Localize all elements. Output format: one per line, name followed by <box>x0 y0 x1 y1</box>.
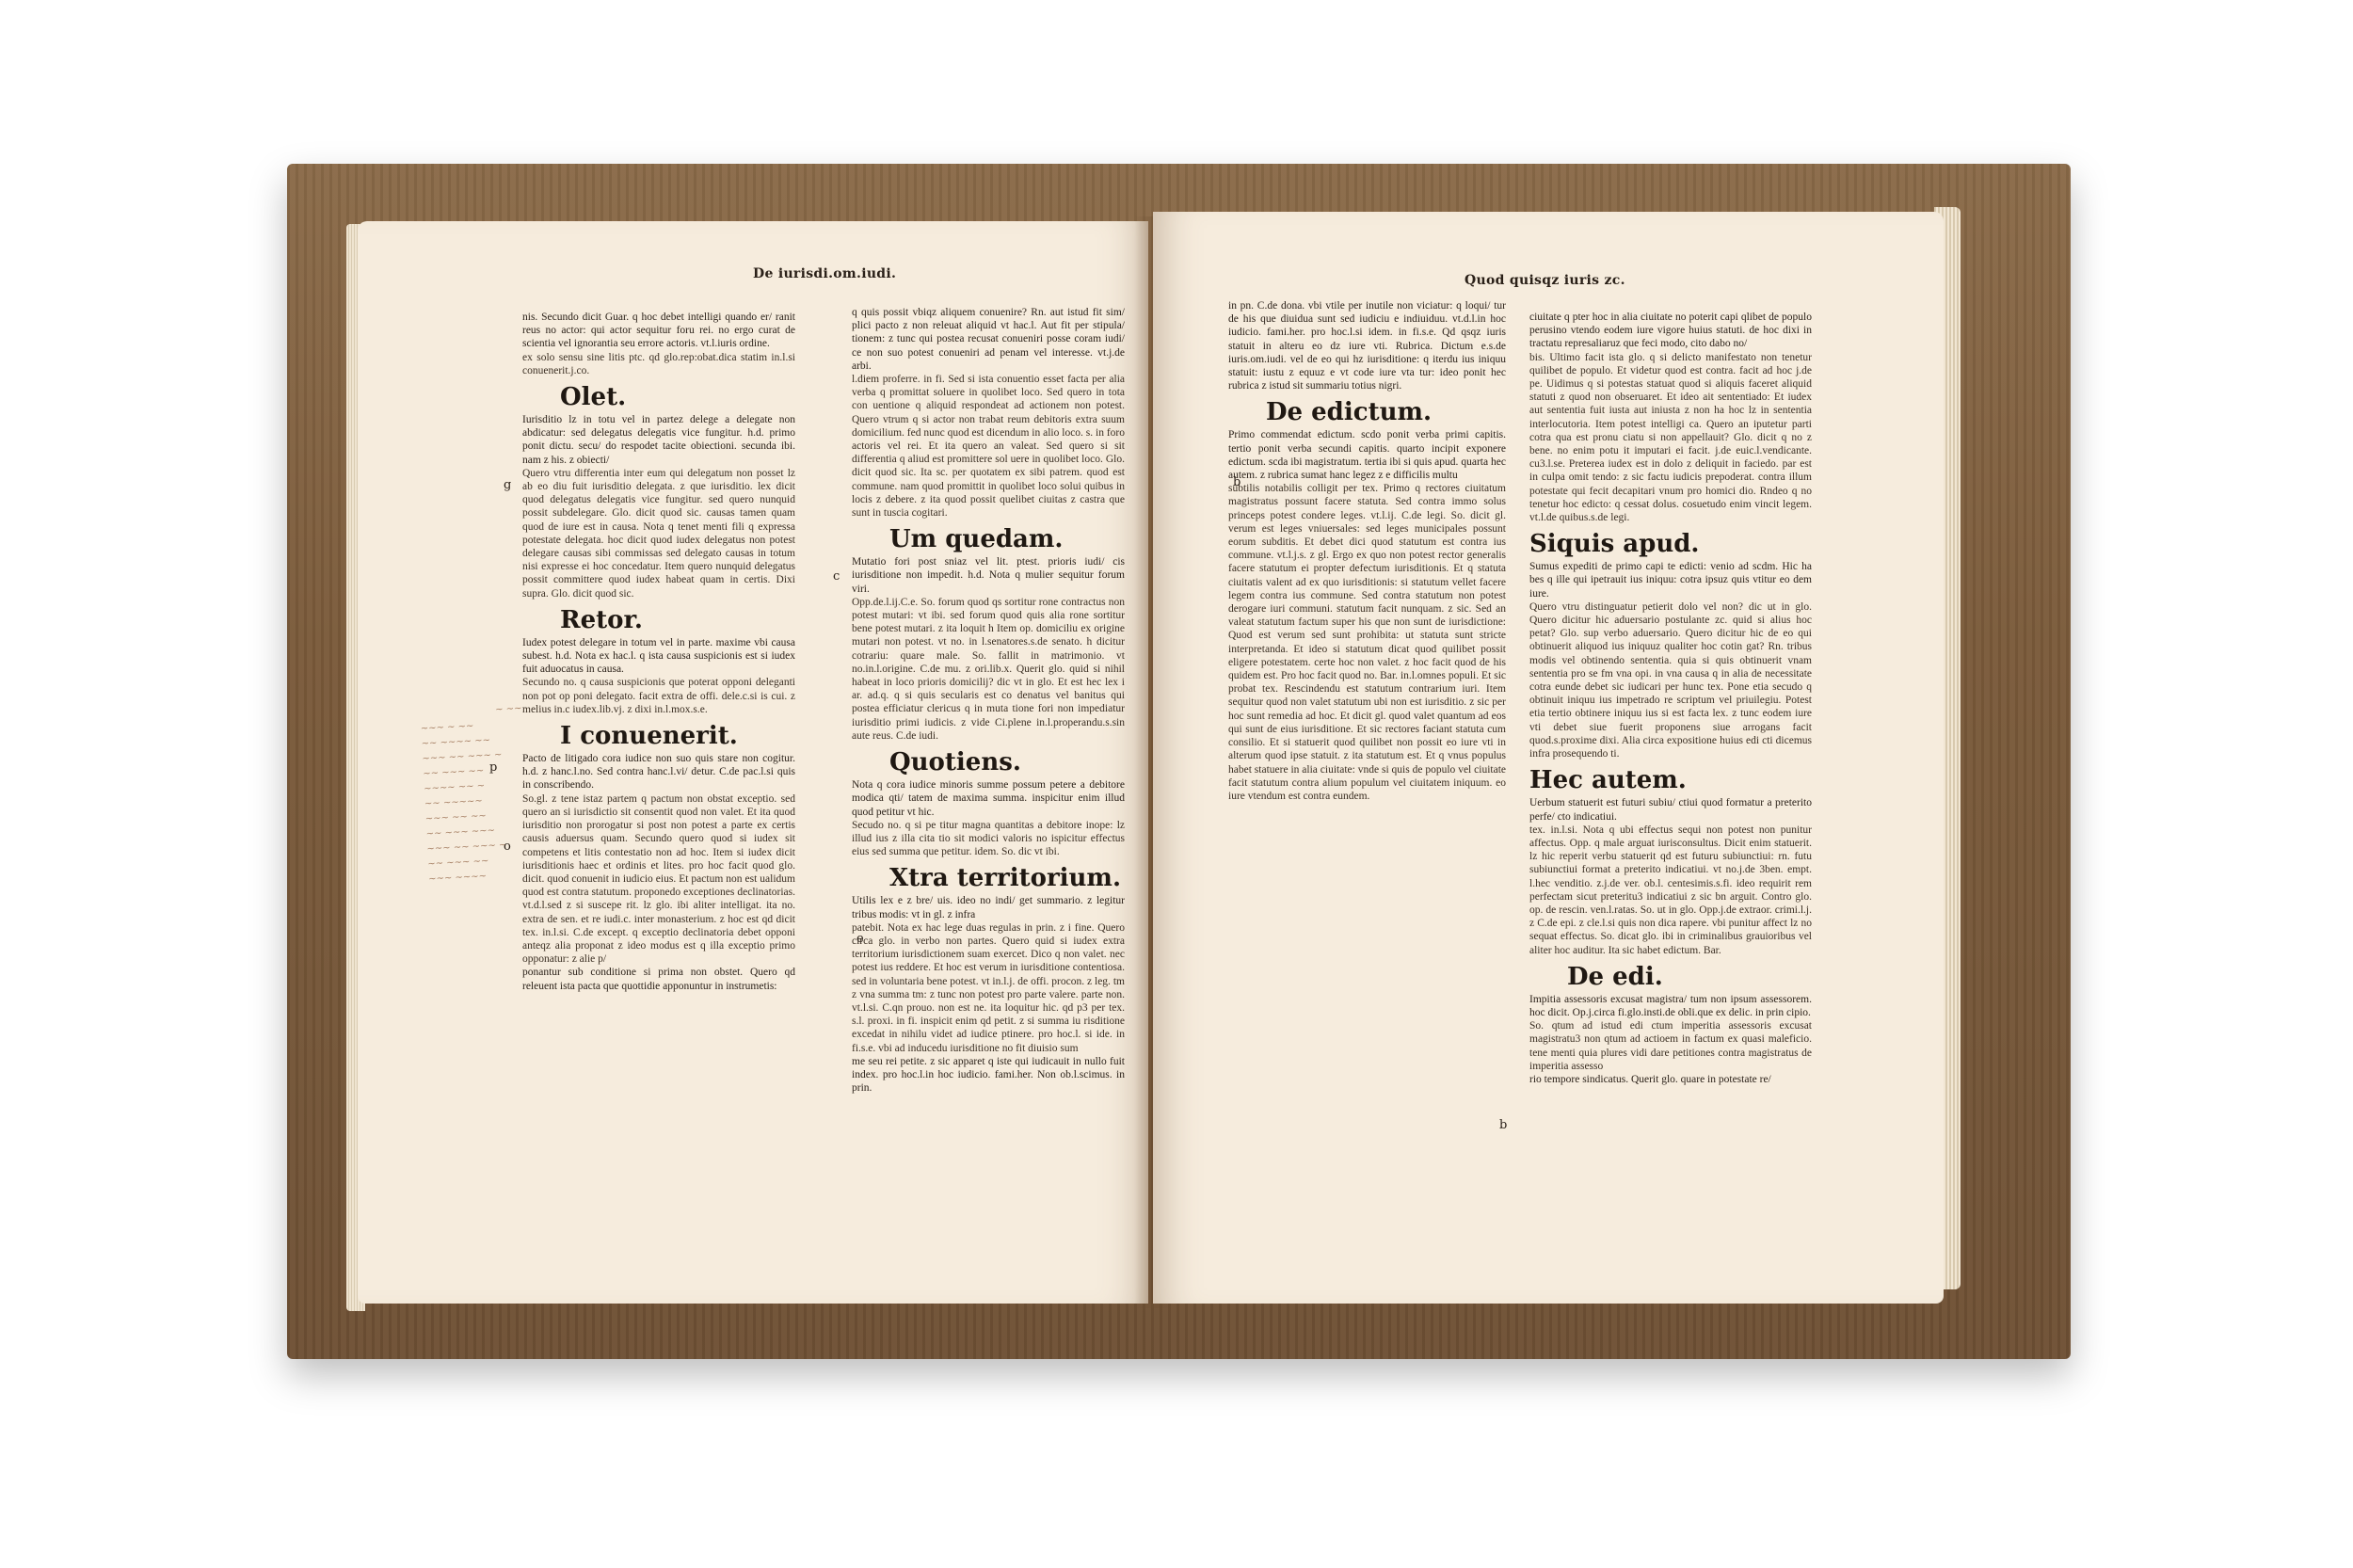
margin-letter: b <box>1499 1118 1507 1132</box>
margin-letter: c <box>833 569 840 584</box>
section-incipit: Pacto de litigado cora iudice non suo qu… <box>522 752 795 792</box>
column-last-lines: ponantur sub conditione si prima non obs… <box>522 966 795 992</box>
section-heading-um-quedam: Um quedam. <box>889 525 1125 553</box>
column-first-lines: q quis possit vbiqz aliquem conuenire? R… <box>852 306 1125 373</box>
section-heading-siquis-apud: Siquis apud. <box>1529 530 1812 558</box>
left-page-column-1: nis. Secundo dicit Guar. q hoc debet int… <box>522 311 795 1195</box>
column-first-lines: ciuitate q pter hoc in alia ciuitate no … <box>1529 311 1812 351</box>
column-last-lines: rio tempore sindicatus. Querit glo. quar… <box>1529 1073 1812 1086</box>
section-incipit: Mutatio fori post sniaz vel lit. ptest. … <box>852 555 1125 596</box>
margin-letter: g <box>504 478 511 492</box>
section-incipit: Uerbum statuerit est futuri subiu/ ctiui… <box>1529 796 1812 823</box>
section-incipit: Iudex potest delegare in totum vel in pa… <box>522 636 795 677</box>
left-running-head: De iurisdi.om.iudi. <box>753 266 896 281</box>
section-incipit: Iurisditio lz in totu vel in partez dele… <box>522 413 795 467</box>
section-heading-hec-autem: Hec autem. <box>1529 766 1812 794</box>
margin-letter: p <box>489 760 497 775</box>
section-incipit: Impitia assessoris excusat magistra/ tum… <box>1529 993 1812 1019</box>
section-incipit: Sumus expediti de primo capi te edicti: … <box>1529 560 1812 600</box>
section-incipit: Primo commendat edictum. scdo ponit verb… <box>1228 428 1506 482</box>
column-first-lines: nis. Secundo dicit Guar. q hoc debet int… <box>522 311 795 351</box>
margin-letter: o <box>504 840 511 854</box>
section-heading-quotiens: Quotiens. <box>889 748 1125 776</box>
section-heading-de-edi: De edi. <box>1567 963 1812 991</box>
section-heading-de-edictum: De edictum. <box>1266 398 1506 426</box>
column-first-lines: in pn. C.de dona. vbi vtile per inutile … <box>1228 299 1506 392</box>
right-page-column-2: ciuitate q pter hoc in alia ciuitate no … <box>1529 311 1812 1271</box>
section-heading-xtra-territorium: Xtra territorium. <box>889 864 1125 892</box>
margin-letter: e <box>856 932 864 946</box>
section-incipit: Nota q cora iudice minoris summe possum … <box>852 778 1125 819</box>
section-heading-olet: Olet. <box>560 383 795 411</box>
margin-letter: b <box>1233 475 1241 489</box>
right-page-column-1: in pn. C.de dona. vbi vtile per inutile … <box>1228 299 1506 1240</box>
section-heading-i-conuenerit: I conuenerit. <box>560 722 795 750</box>
left-page-column-2: q quis possit vbiqz aliquem conuenire? R… <box>852 306 1125 1205</box>
handwritten-marginalia: Faded handwritten annotation in brown in… <box>417 656 535 840</box>
column-last-lines: me seu rei petite. z sic apparet q iste … <box>852 1055 1125 1096</box>
section-heading-retor: Retor. <box>560 606 795 634</box>
section-incipit: Utilis lex e z bre/ uis. ideo no indi/ g… <box>852 894 1125 920</box>
right-running-head: Quod quisqz iuris zc. <box>1465 273 1625 288</box>
